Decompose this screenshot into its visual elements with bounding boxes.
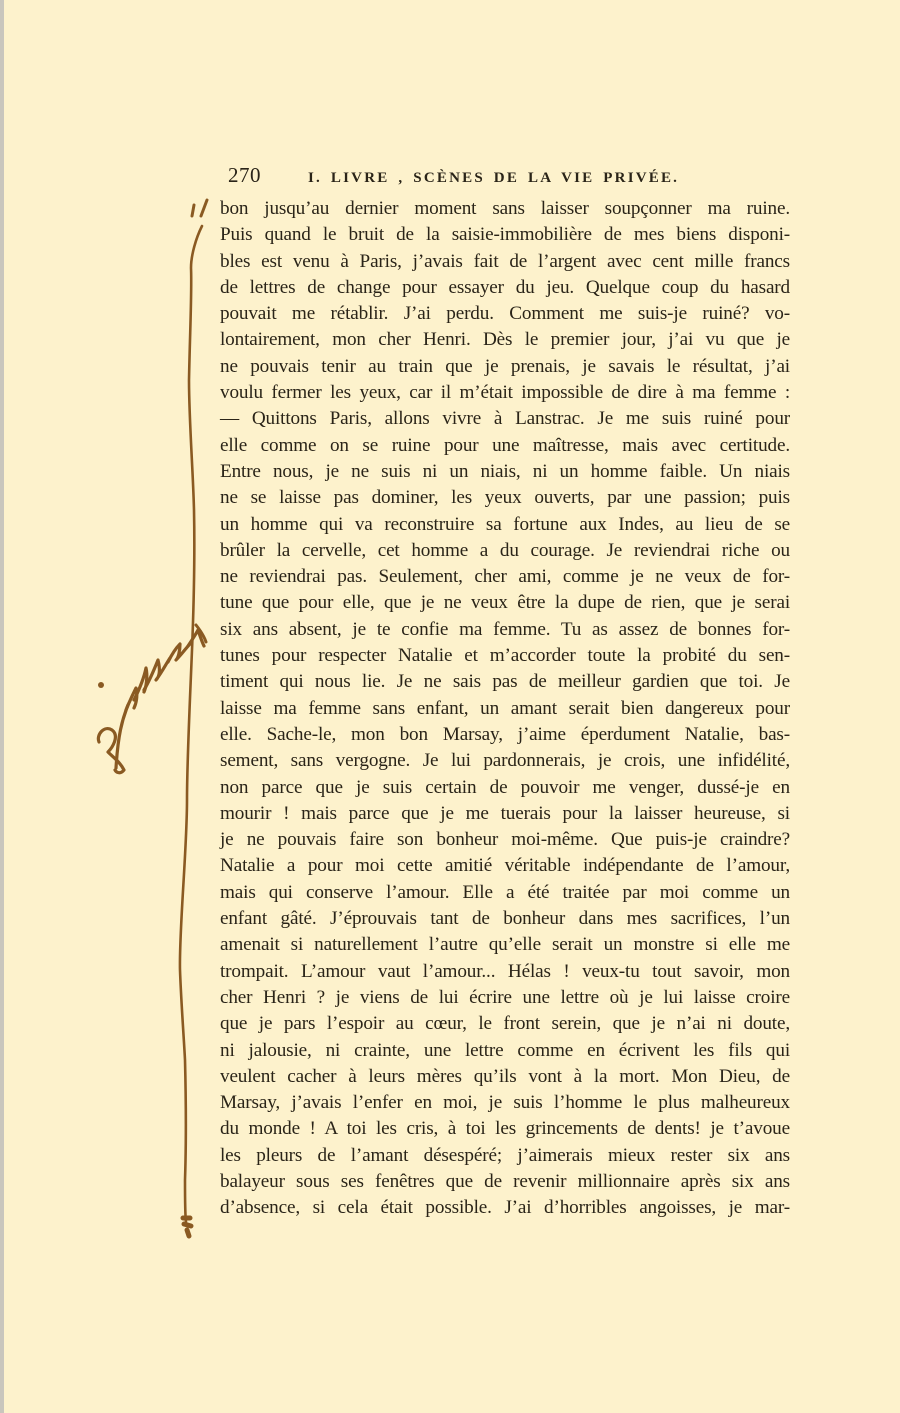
- text-line: elle. Sache-le, mon bon Marsay, j’aime é…: [220, 722, 790, 748]
- signature-scrawl: [98, 630, 204, 773]
- text-line: je ne pouvais faire son bonheur moi-même…: [220, 827, 790, 853]
- signature-hook: [196, 625, 206, 642]
- text-line: sement, sans vergogne. Je lui pardonnera…: [220, 748, 790, 774]
- running-head: 270 I. LIVRE , SCÈNES DE LA VIE PRIVÉE.: [228, 163, 798, 189]
- text-line: lontairement, mon cher Henri. Dès le pre…: [220, 327, 790, 353]
- running-title: I. LIVRE , SCÈNES DE LA VIE PRIVÉE.: [308, 170, 679, 187]
- text-line: laisse ma femme sans enfant, un amant se…: [220, 696, 790, 722]
- text-line: tunes pour respecter Natalie et m’accord…: [220, 643, 790, 669]
- text-line: pouvait me rétablir. J’ai perdu. Comment…: [220, 301, 790, 327]
- ink-dot: [98, 682, 104, 688]
- text-line: brûler la cervelle, cet homme a du coura…: [220, 538, 790, 564]
- margin-line: [180, 226, 202, 1222]
- body-text: bon jusqu’au dernier moment sans laisser…: [220, 196, 790, 1222]
- text-line: Entre nous, je ne suis ni un niais, ni u…: [220, 459, 790, 485]
- text-line: elle comme on se ruine pour une maîtress…: [220, 433, 790, 459]
- text-line: Marsay, j’avais l’enfer en moi, je suis …: [220, 1090, 790, 1116]
- text-line: tune que pour elle, que je ne veux être …: [220, 590, 790, 616]
- text-line: ne pouvais tenir au train que je prenais…: [220, 354, 790, 380]
- text-line: six ans absent, je te confie ma femme. T…: [220, 617, 790, 643]
- text-line: bon jusqu’au dernier moment sans laisser…: [220, 196, 790, 222]
- ink-blot: [183, 1218, 191, 1236]
- quote-mark-icon: [192, 200, 207, 216]
- text-line: ni jalousie, ni crainte, une lettre comm…: [220, 1038, 790, 1064]
- book-page: 270 I. LIVRE , SCÈNES DE LA VIE PRIVÉE. …: [0, 0, 900, 1413]
- text-line: non parce que je suis certain de pouvoir…: [220, 775, 790, 801]
- page-number: 270: [228, 163, 308, 188]
- text-line: bles est venu à Paris, j’avais fait de l…: [220, 249, 790, 275]
- text-line: voulu fermer les yeux, car il m’était im…: [220, 380, 790, 406]
- text-line: Natalie a pour moi cette amitié véritabl…: [220, 853, 790, 879]
- text-line: mourir ! mais parce que je me tuerais po…: [220, 801, 790, 827]
- text-line: timent qui nous lie. Je ne sais pas de m…: [220, 669, 790, 695]
- text-line: balayeur sous ses fenêtres que de reveni…: [220, 1169, 790, 1195]
- text-line: trompait. L’amour vaut l’amour... Hélas …: [220, 959, 790, 985]
- text-line: ne se laisse pas dominer, les yeux ouver…: [220, 485, 790, 511]
- text-line: que je pars l’espoir au cœur, le front s…: [220, 1011, 790, 1037]
- text-line: de lettres de change pour essayer du jeu…: [220, 275, 790, 301]
- text-line: les pleurs de l’amant désespéré; j’aimer…: [220, 1143, 790, 1169]
- text-line: Puis quand le bruit de la saisie-immobil…: [220, 222, 790, 248]
- text-line: amenait si naturellement l’autre qu’elle…: [220, 932, 790, 958]
- text-line: un homme qui va reconstruire sa fortune …: [220, 512, 790, 538]
- text-line: cher Henri ? je viens de lui écrire une …: [220, 985, 790, 1011]
- text-line: d’absence, si cela était possible. J’ai …: [220, 1195, 790, 1221]
- text-line: du monde ! A toi les cris, à toi les gri…: [220, 1116, 790, 1142]
- text-line: mais qui conserve l’amour. Elle a été tr…: [220, 880, 790, 906]
- text-line: veulent cacher à leurs mères qu’ils vont…: [220, 1064, 790, 1090]
- text-line: enfant gâté. J’éprouvais tant de bonheur…: [220, 906, 790, 932]
- text-line: — Quittons Paris, allons vivre à Lanstra…: [220, 406, 790, 432]
- text-line: ne reviendrai pas. Seulement, cher ami, …: [220, 564, 790, 590]
